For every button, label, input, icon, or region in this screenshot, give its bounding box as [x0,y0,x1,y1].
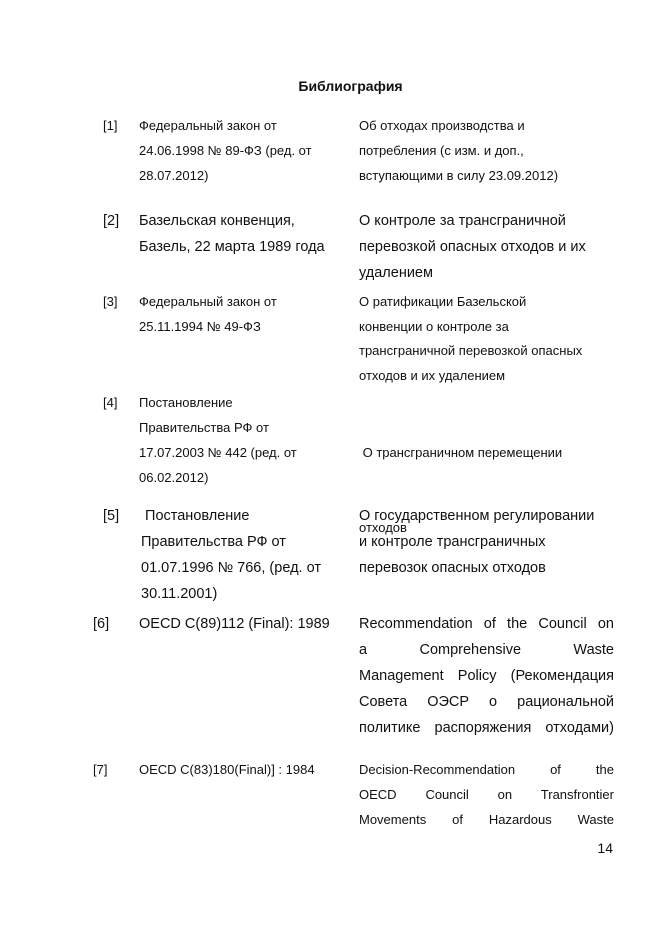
page-title: Библиография [0,78,661,94]
entry-title: О контроле за трансграничной перевозкой … [359,208,586,286]
entry-source: OECD C(83)180(Final)] : 1984 [139,757,315,782]
entry-number: [6] [93,611,109,637]
entry-number: [1] [103,113,117,138]
entry-title: О ратификации Базельской конвенции о кон… [359,290,582,388]
entry-source: Базельская конвенция, Базель, 22 марта 1… [139,208,325,260]
entry-number: [4] [103,390,117,415]
entry-title: Об отходах производства и потребления (с… [359,113,558,188]
entry-number: [7] [93,757,107,782]
page-number: 14 [597,840,613,856]
entry-source: Федеральный закон от 25.11.1994 № 49-ФЗ [139,290,277,339]
entry-source: Постановление Правительства РФ от 01.07.… [141,503,321,607]
entry-source: OECD C(89)112 (Final): 1989 [139,611,330,637]
entry-title: Recommendation of the Council on a Compr… [359,611,614,741]
entry-title: Decision-Recommendation of the OECD Coun… [359,757,614,832]
entry-number: [3] [103,290,117,315]
entry-number: [2] [103,208,119,234]
entry-number: [5] [103,503,119,529]
entry-source: Постановление Правительства РФ от 17.07.… [139,390,297,490]
entry-title: О государственном регулировании и контро… [359,503,594,581]
entry-source: Федеральный закон от 24.06.1998 № 89-ФЗ … [139,113,312,188]
